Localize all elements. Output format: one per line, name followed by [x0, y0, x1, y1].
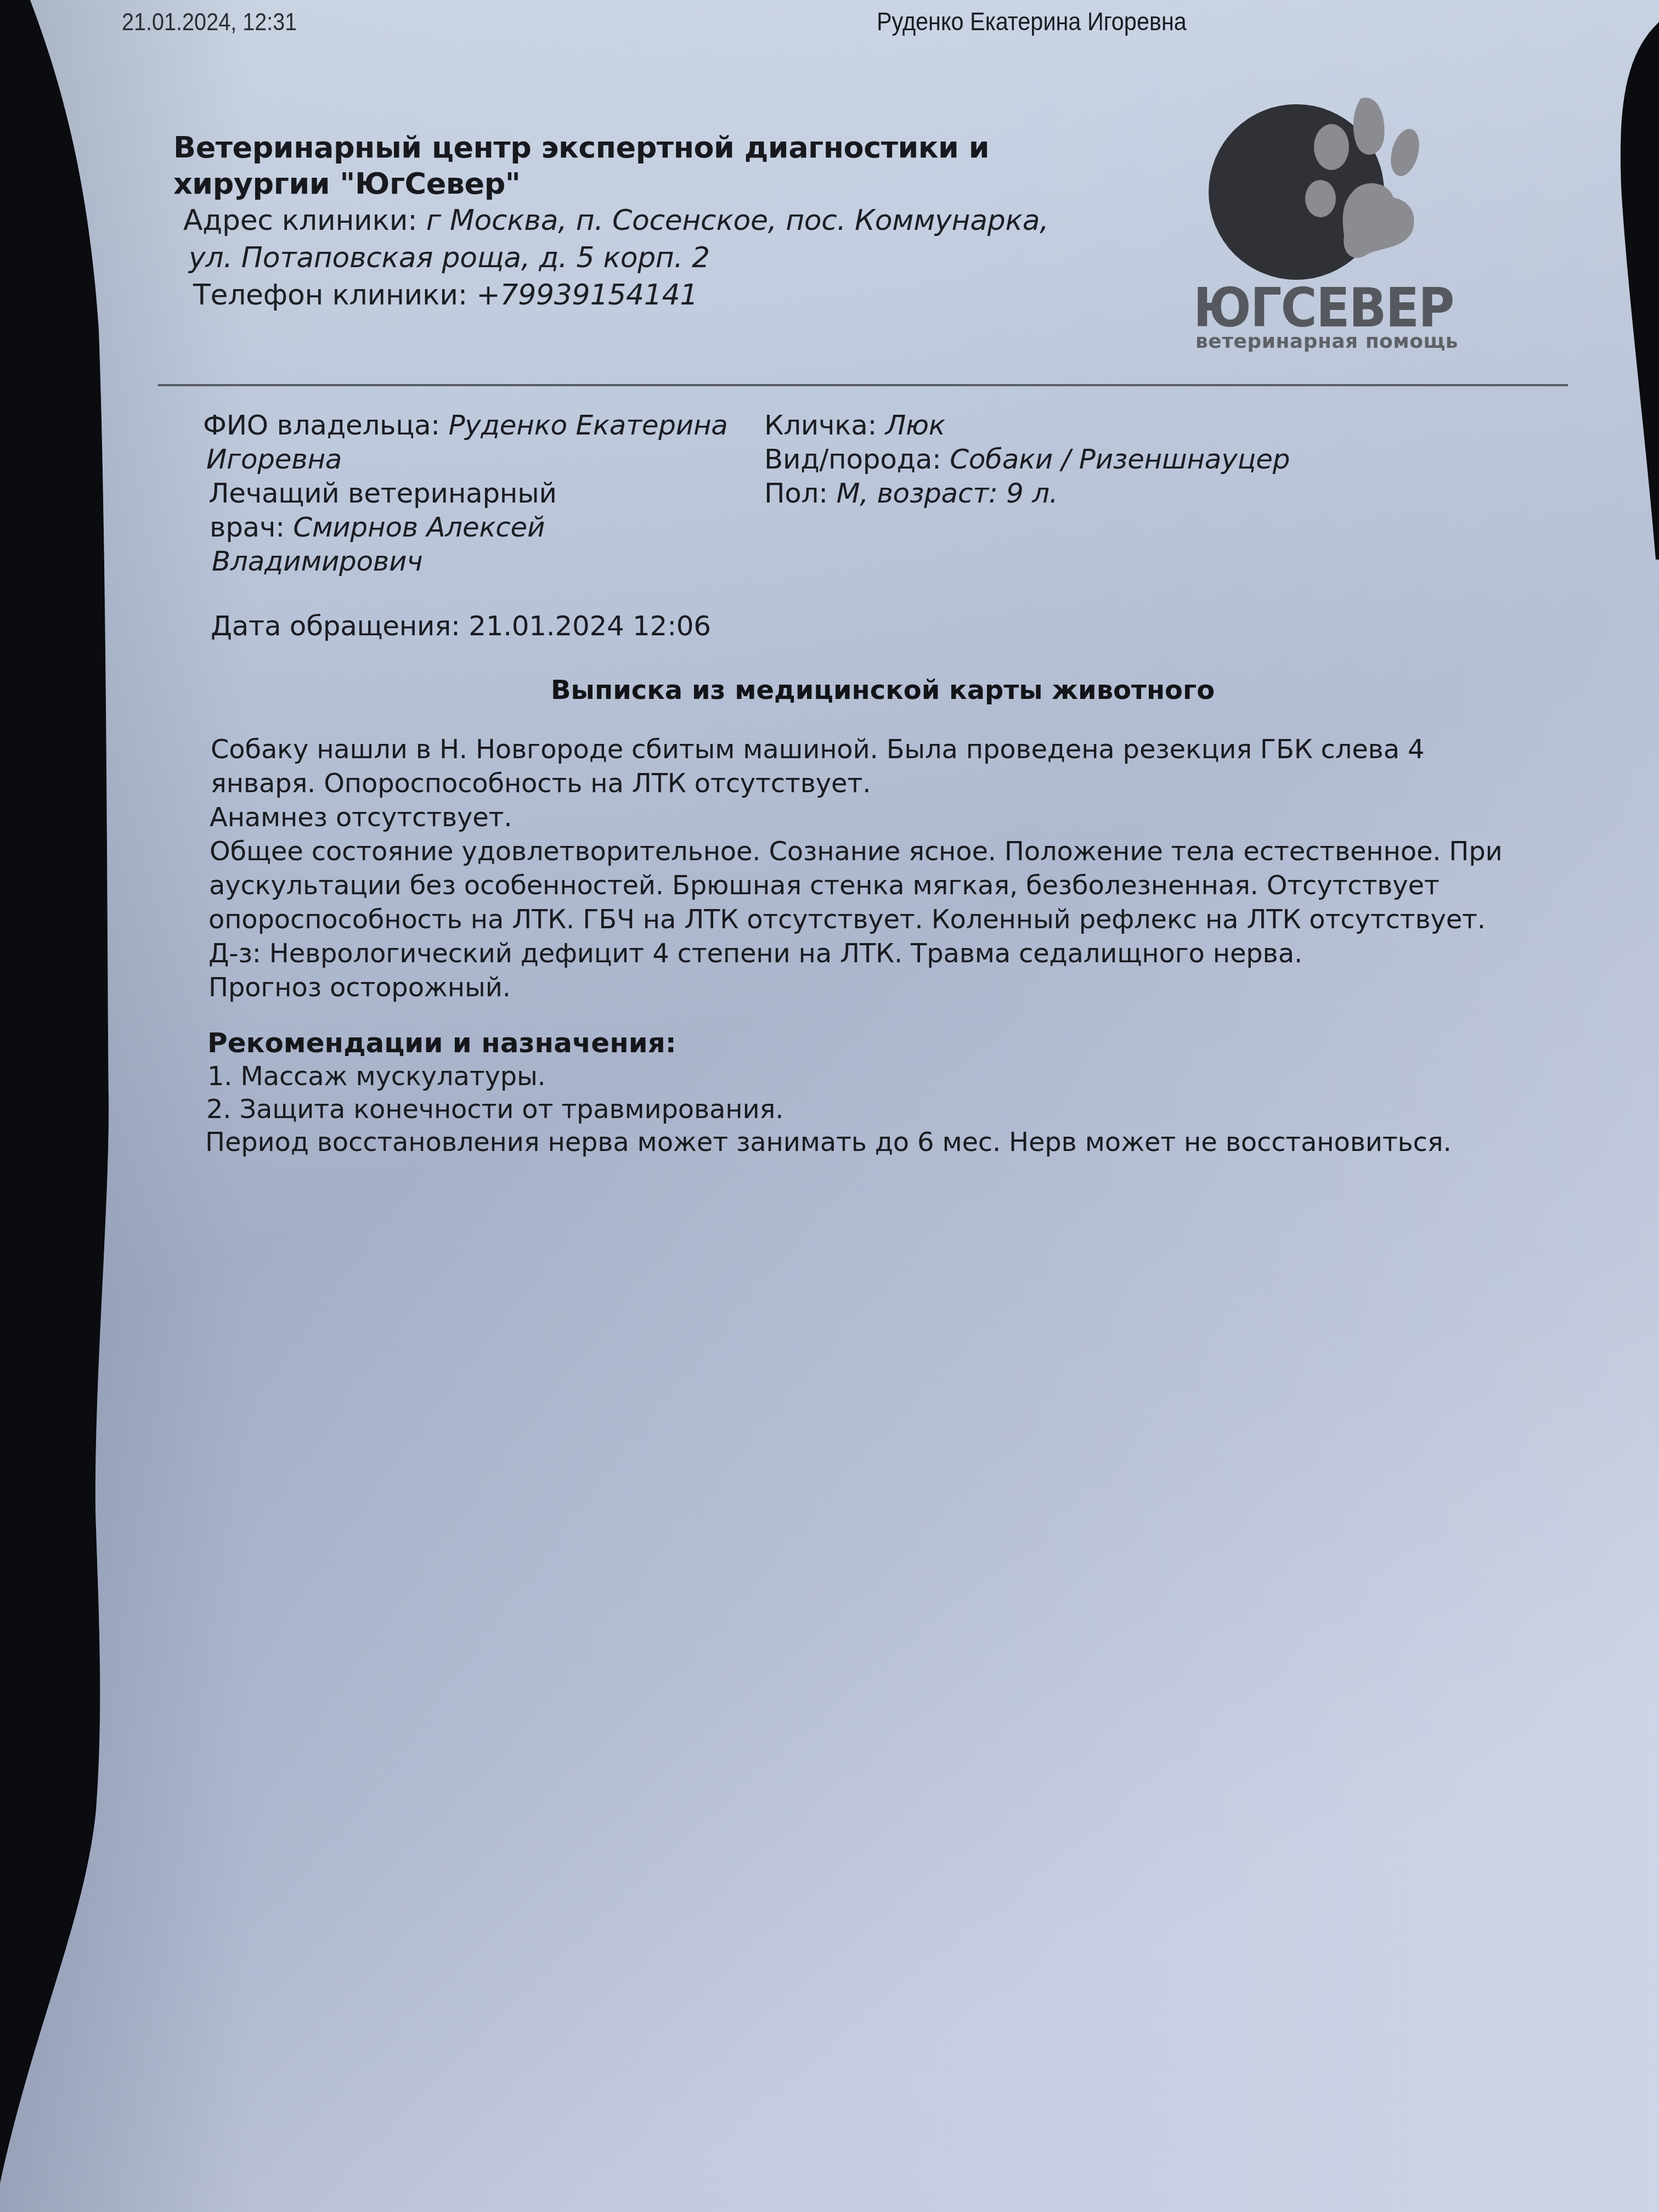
- visit-date-value: 21.01.2024 12:06: [469, 610, 710, 642]
- clinic-name: Ветеринарный центр экспертной диагностик…: [173, 129, 1007, 202]
- clinic-logo: ЮГСЕВЕР ветеринарная помощь: [1193, 82, 1479, 362]
- clinic-address-line-2: ул. Потаповская роща, д. 5 корп. 2: [189, 241, 710, 274]
- visit-date-label: Дата обращения:: [211, 610, 460, 642]
- clinic-phone-value: +79939154141: [476, 279, 698, 312]
- recommendation-item: 1. Массаж мускулатуры.: [207, 1061, 546, 1092]
- document-page: 21.01.2024, 12:31 Руденко Екатерина Игор…: [0, 0, 1659, 2212]
- sex-age-field: Пол: М, возраст: 9 л.: [764, 477, 1058, 509]
- owner-label: ФИО владельца:: [203, 409, 440, 441]
- species-value: Собаки / Ризеншнауцер: [950, 443, 1290, 475]
- body-line: Собаку нашли в Н. Новгороде сбитым машин…: [211, 734, 1424, 765]
- body-line: Общее состояние удовлетворительное. Созн…: [210, 836, 1502, 867]
- species-field: Вид/порода: Собаки / Ризеншнауцер: [764, 443, 1290, 475]
- recommendations-title: Рекомендации и назначения:: [207, 1027, 676, 1059]
- pet-name-value: Люк: [885, 409, 945, 441]
- owner-value: Руденко Екатерина: [448, 409, 727, 441]
- age-label: возраст:: [877, 477, 997, 509]
- clinic-address-value-2: ул. Потаповская роща, д. 5 корп. 2: [189, 241, 710, 274]
- species-label: Вид/порода:: [764, 443, 941, 475]
- recommendation-note: Период восстановления нерва может занима…: [205, 1127, 1452, 1158]
- clinic-address-line-1: Адрес клиники: г Москва, п. Сосенское, п…: [183, 204, 1048, 237]
- document-title: Выписка из медицинской карты животного: [551, 675, 1215, 706]
- body-line: Анамнез отсутствует.: [210, 802, 512, 833]
- paw-print-icon: [1193, 82, 1479, 280]
- prognosis-line: Прогноз осторожный.: [208, 972, 511, 1003]
- vet-value: Смирнов Алексей: [293, 511, 545, 543]
- pet-name-field: Кличка: Люк: [764, 409, 945, 441]
- age-value: 9 л.: [1006, 477, 1058, 509]
- vet-field: врач: Смирнов Алексей: [210, 511, 545, 543]
- header-divider: [158, 384, 1568, 386]
- body-line: января. Опороспособность на ЛТК отсутств…: [211, 768, 871, 799]
- sex-label: Пол:: [764, 477, 828, 509]
- recommendation-item: 2. Защита конечности от травмирования.: [206, 1094, 783, 1125]
- clinic-address-label: Адрес клиники:: [183, 204, 417, 237]
- clinic-address-value: г Москва, п. Сосенское, пос. Коммунарка,: [426, 204, 1049, 237]
- pet-name-label: Кличка:: [764, 409, 877, 441]
- logo-tagline: ветеринарная помощь: [1195, 330, 1458, 353]
- clinic-phone-label: Телефон клиники:: [193, 279, 467, 312]
- print-header-owner: Руденко Екатерина Игоревна: [877, 7, 1187, 36]
- diagnosis-line: Д-з: Неврологический дефицит 4 степени н…: [208, 938, 1302, 969]
- vet-field-cont: Владимирович: [212, 545, 422, 577]
- owner-field: ФИО владельца: Руденко Екатерина: [203, 409, 728, 441]
- owner-value-2: Игоревна: [206, 443, 342, 475]
- vet-value-2: Владимирович: [212, 545, 422, 577]
- owner-field-cont: Игоревна: [206, 443, 342, 475]
- body-line: опороспособность на ЛТК. ГБЧ на ЛТК отсу…: [208, 904, 1486, 935]
- print-datetime: 21.01.2024, 12:31: [122, 9, 297, 36]
- body-line: аускультации без особенностей. Брюшная с…: [209, 870, 1440, 901]
- clinic-phone: Телефон клиники: +79939154141: [193, 279, 698, 312]
- vet-label: Лечащий ветеринарный: [208, 477, 557, 509]
- vet-label-2: врач:: [210, 511, 285, 543]
- sex-value: М,: [836, 477, 868, 509]
- visit-date-field: Дата обращения: 21.01.2024 12:06: [211, 610, 711, 642]
